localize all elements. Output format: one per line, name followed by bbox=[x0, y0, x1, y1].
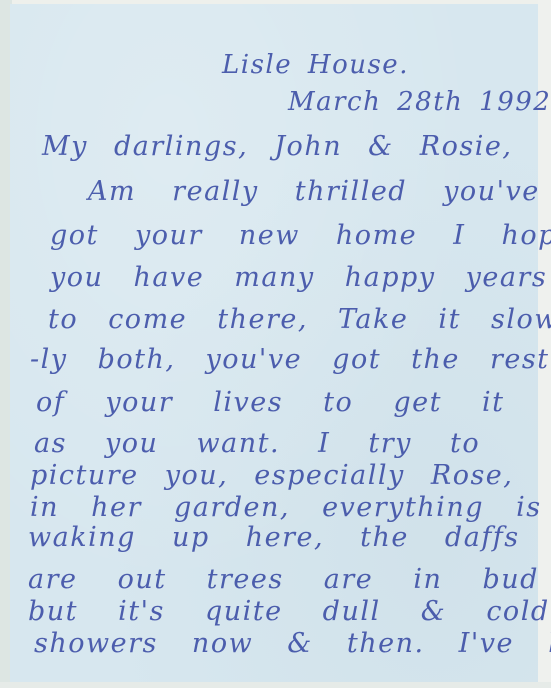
letter-line: to come there, Take it slow bbox=[48, 306, 551, 333]
letter-line: in her garden, everything is bbox=[30, 494, 542, 521]
letter-line: picture you, especially Rose, bbox=[30, 462, 513, 489]
letter-line: as you want. I try to bbox=[34, 430, 480, 457]
scan-bottom-edge bbox=[0, 682, 551, 688]
letter-date: March 28th 1992. bbox=[288, 89, 551, 115]
letter-line: got your new home I hope bbox=[50, 222, 551, 249]
letter-address: Lisle House. bbox=[222, 52, 409, 78]
letter-line: you have many happy years bbox=[50, 264, 547, 291]
letter-salutation: My darlings, John & Rosie, bbox=[42, 133, 512, 160]
letter-line: Am really thrilled you've bbox=[88, 178, 540, 205]
letter-line: are out trees are in bud bbox=[28, 566, 539, 593]
letter-line: -ly both, you've got the rest bbox=[30, 346, 550, 373]
letter-line: showers now & then. I've had bbox=[34, 630, 551, 657]
scanned-letter: Lisle House. March 28th 1992. My darling… bbox=[0, 0, 551, 688]
letter-line: of your lives to get it bbox=[36, 389, 505, 416]
letter-line: waking up here, the daffs bbox=[28, 524, 520, 551]
letter-line: but it's quite dull & cold. bbox=[28, 598, 551, 625]
